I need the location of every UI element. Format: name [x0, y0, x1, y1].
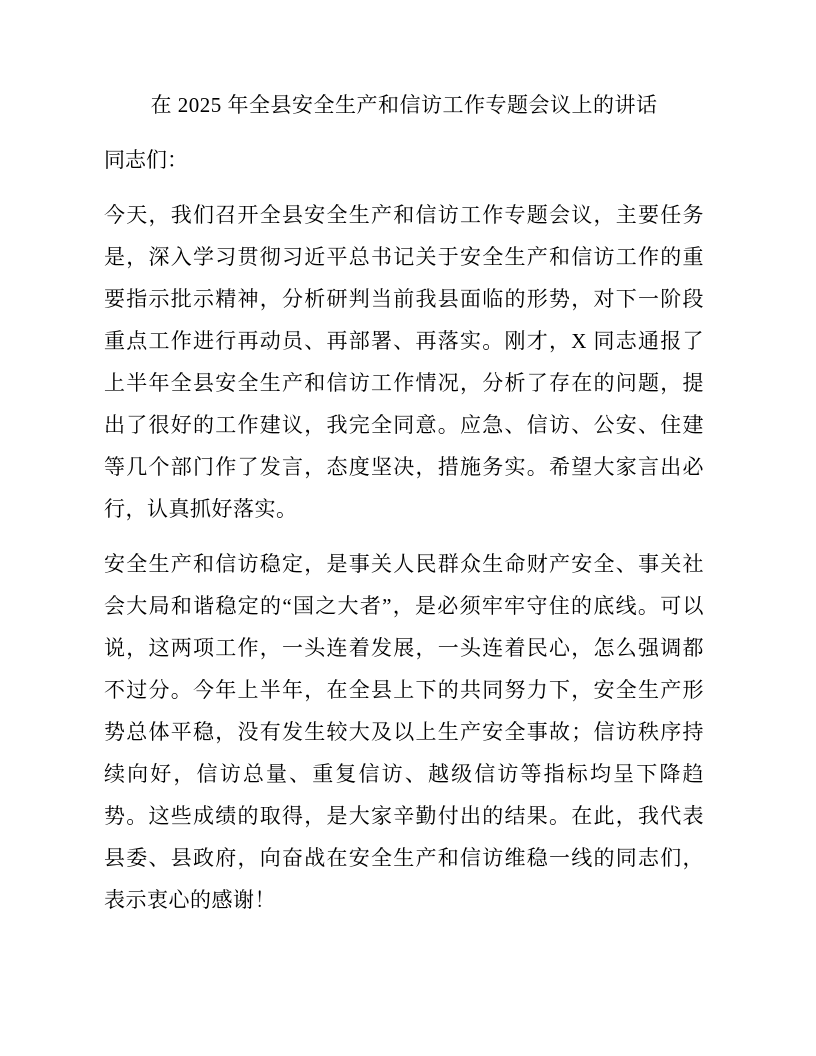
- document-page: 在 2025 年全县安全生产和信访工作专题会议上的讲话 同志们： 今天，我们召开…: [0, 0, 816, 1056]
- paragraph-1: 今天，我们召开全县安全生产和信访工作专题会议，主要任务是，深入学习贯彻习近平总书…: [104, 194, 704, 530]
- salutation-line: 同志们：: [104, 139, 704, 181]
- paragraph-2: 安全生产和信访稳定，是事关人民群众生命财产安全、事关社会大局和谐稳定的“国之大者…: [104, 543, 704, 921]
- document-title: 在 2025 年全县安全生产和信访工作专题会议上的讲话: [104, 84, 704, 126]
